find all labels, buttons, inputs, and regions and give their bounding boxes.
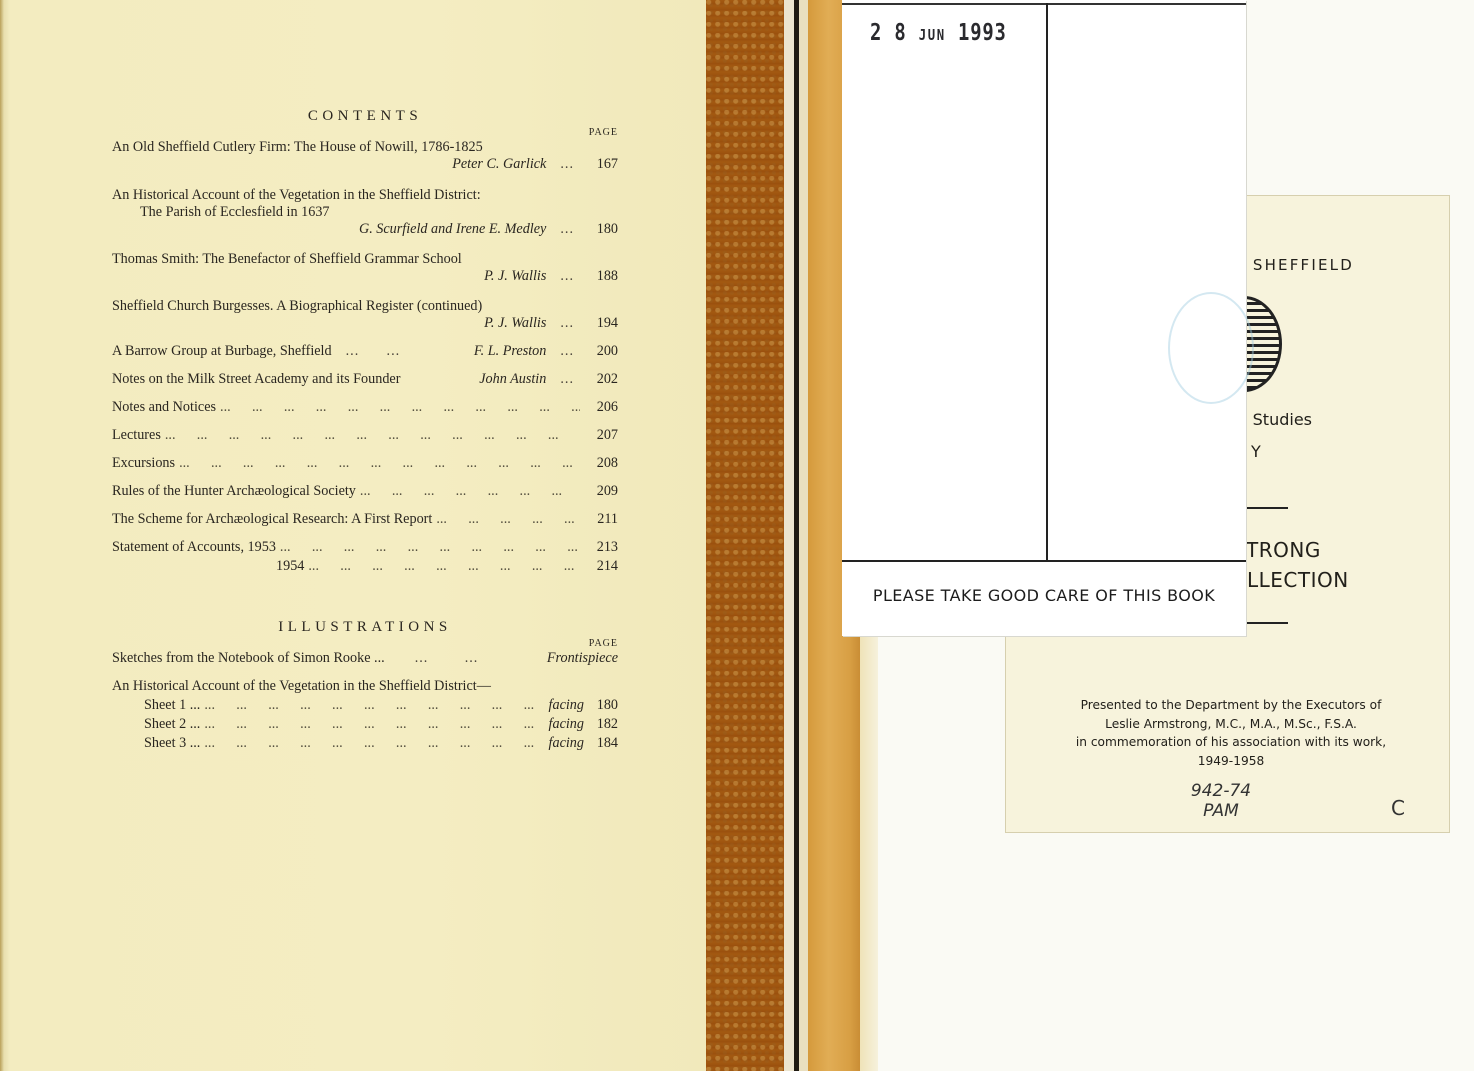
illustration-page: 182 xyxy=(584,716,618,733)
toc-entry: Sheffield Church Burgesses. A Biographic… xyxy=(112,298,618,332)
toc-entry-title: Sheffield Church Burgesses. A Biographic… xyxy=(112,298,482,315)
bookplate-university: F SHEFFIELD xyxy=(1235,256,1354,274)
leader-dots xyxy=(165,427,580,444)
presentation-line: Presented to the Department by the Execu… xyxy=(1066,696,1396,715)
leader-dots: ... xyxy=(560,371,574,388)
leader-dots xyxy=(360,483,580,500)
toc-entry-page: 211 xyxy=(584,511,618,528)
leader-dots xyxy=(280,539,580,556)
handwritten-classmark: 942-74 PAM xyxy=(1166,781,1276,821)
presentation-line: 1949-1958 xyxy=(1066,752,1396,771)
bookplate-library: Y xyxy=(1251,442,1264,461)
leader-dots: ... ... xyxy=(415,650,479,667)
faint-library-stamp-icon xyxy=(1168,292,1254,404)
illustration-page: Frontispiece xyxy=(547,650,618,667)
toc-entry: Rules of the Hunter Archæological Societ… xyxy=(112,483,618,500)
toc-entry-page: 167 xyxy=(584,156,618,173)
slip-column-divider xyxy=(1046,3,1048,561)
illustration-title: Sketches from the Notebook of Simon Rook… xyxy=(112,650,385,667)
toc-entry-page: 188 xyxy=(584,268,618,285)
leader-dots xyxy=(204,735,544,752)
toc-entry-title: Notes on the Milk Street Academy and its… xyxy=(112,371,400,388)
leader-dots: ... xyxy=(560,268,574,285)
toc-entry-page: 209 xyxy=(584,483,618,500)
binding-tape-texture xyxy=(706,0,784,1071)
toc-entry-page: 200 xyxy=(584,343,618,360)
contents-page-column-header: PAGE xyxy=(112,127,618,139)
toc-entry-author: P. J. Wallis xyxy=(484,315,546,332)
leader-dots: ... xyxy=(560,315,574,332)
leader-dots xyxy=(204,716,544,733)
toc-entry-page: 206 xyxy=(584,399,618,416)
illustration-title: An Historical Account of the Vegetation … xyxy=(112,678,491,695)
toc-entry-page: 213 xyxy=(584,539,618,556)
toc-entry: An Old Sheffield Cutlery Firm: The House… xyxy=(112,139,618,173)
slip-row-divider xyxy=(842,560,1246,562)
contents-heading: CONTENTS xyxy=(112,108,618,125)
classmark-pam: PAM xyxy=(1166,801,1276,821)
illustration-title: Sheet 1 ... xyxy=(144,697,200,714)
toc-entry: Thomas Smith: The Benefactor of Sheffiel… xyxy=(112,251,618,285)
presentation-line: in commemoration of his association with… xyxy=(1066,733,1396,752)
toc-entry-page: 208 xyxy=(584,455,618,472)
toc-entry-author: Peter C. Garlick xyxy=(452,156,546,173)
table-of-contents: CONTENTS PAGE An Old Sheffield Cutlery F… xyxy=(112,108,618,752)
toc-entry-page: 180 xyxy=(584,221,618,238)
toc-entry: Lectures 207 xyxy=(112,427,618,444)
toc-entry-author: F. L. Preston xyxy=(474,343,547,360)
toc-entry: An Historical Account of the Vegetation … xyxy=(112,187,618,238)
stamp-day: 2 8 xyxy=(870,20,907,46)
illustration-page-prefix: facing xyxy=(549,697,584,714)
toc-entry: Excursions 208 xyxy=(112,455,618,472)
toc-entry-title: Statement of Accounts, 1953 xyxy=(112,539,276,556)
presentation-line: Leslie Armstrong, M.C., M.A., M.Sc., F.S… xyxy=(1066,715,1396,734)
leader-dots: ... xyxy=(560,221,574,238)
illustration-entry: Sketches from the Notebook of Simon Rook… xyxy=(112,650,618,667)
handwritten-letter: C xyxy=(1391,796,1405,820)
toc-entry-title: A Barrow Group at Burbage, Sheffield xyxy=(112,343,332,360)
toc-entry: Statement of Accounts, 1953 213 1954 214 xyxy=(112,539,618,575)
toc-entry: Notes and Notices 206 xyxy=(112,399,618,416)
stamp-month: JUN xyxy=(919,26,946,44)
illustrations-page-column-header: PAGE xyxy=(112,638,618,650)
leader-dots xyxy=(179,455,580,472)
leader-dots: ... xyxy=(560,156,574,173)
illustration-page: 180 xyxy=(584,697,618,714)
toc-entry-title: Thomas Smith: The Benefactor of Sheffiel… xyxy=(112,251,462,268)
bookplate-presentation-text: Presented to the Department by the Execu… xyxy=(1066,696,1396,770)
slip-border xyxy=(842,3,1246,5)
illustration-page-prefix: facing xyxy=(549,716,584,733)
illustration-page: 184 xyxy=(584,735,618,752)
bookplate-collection-line1: TRONG xyxy=(1246,538,1321,562)
illustration-entry: An Historical Account of the Vegetation … xyxy=(112,678,618,695)
illustration-title: Sheet 3 ... xyxy=(144,735,200,752)
toc-entry-title: Notes and Notices xyxy=(112,399,216,416)
classmark-number: 942-74 xyxy=(1166,781,1276,801)
toc-entry-author: P. J. Wallis xyxy=(484,268,546,285)
toc-entry-page: 194 xyxy=(584,315,618,332)
illustration-page-prefix: facing xyxy=(549,735,584,752)
toc-entry-title: Excursions xyxy=(112,455,175,472)
toc-entry-title: Rules of the Hunter Archæological Societ… xyxy=(112,483,356,500)
leader-dots xyxy=(220,399,580,416)
toc-entry-author: G. Scurfield and Irene E. Medley xyxy=(359,221,546,238)
leader-dots xyxy=(436,511,580,528)
toc-entry-title: The Scheme for Archæological Research: A… xyxy=(112,511,432,528)
gutter-edge xyxy=(784,0,794,1071)
leader-dots xyxy=(204,697,544,714)
toc-entry-title-cont: The Parish of Ecclesfield in 1637 xyxy=(140,204,330,221)
illustration-entry: Sheet 3 ... facing 184 xyxy=(112,735,618,752)
illustration-entry: Sheet 1 ... facing 180 xyxy=(112,697,618,714)
toc-entry: The Scheme for Archæological Research: A… xyxy=(112,511,618,528)
illustration-title: Sheet 2 ... xyxy=(144,716,200,733)
illustration-entry: Sheet 2 ... facing 182 xyxy=(112,716,618,733)
leader-dots: ... ... xyxy=(346,343,401,360)
toc-entry-title: An Historical Account of the Vegetation … xyxy=(112,187,481,204)
illustrations-heading: ILLUSTRATIONS xyxy=(112,619,618,636)
gutter-edge xyxy=(799,0,808,1071)
toc-entry-title: An Old Sheffield Cutlery Firm: The House… xyxy=(112,139,483,156)
toc-entry: Notes on the Milk Street Academy and its… xyxy=(112,371,618,388)
toc-entry: A Barrow Group at Burbage, Sheffield ...… xyxy=(112,343,618,360)
toc-entry-author: John Austin xyxy=(479,371,546,388)
toc-entry-page: 214 xyxy=(584,558,618,575)
stamp-year: 1993 xyxy=(958,20,1007,46)
bookplate-collection-line2: LLECTION xyxy=(1247,568,1349,592)
toc-entry-page: 207 xyxy=(584,427,618,444)
left-page-contents: CONTENTS PAGE An Old Sheffield Cutlery F… xyxy=(0,0,706,1071)
care-notice: PLEASE TAKE GOOD CARE OF THIS BOOK xyxy=(842,586,1246,605)
toc-entry-page: 202 xyxy=(584,371,618,388)
toc-entry-title: Lectures xyxy=(112,427,161,444)
toc-entry-title: 1954 xyxy=(112,558,304,575)
leader-dots: ... xyxy=(560,343,574,360)
leader-dots xyxy=(308,558,580,575)
due-date-stamp: 2 8 JUN 1993 xyxy=(870,20,1007,46)
